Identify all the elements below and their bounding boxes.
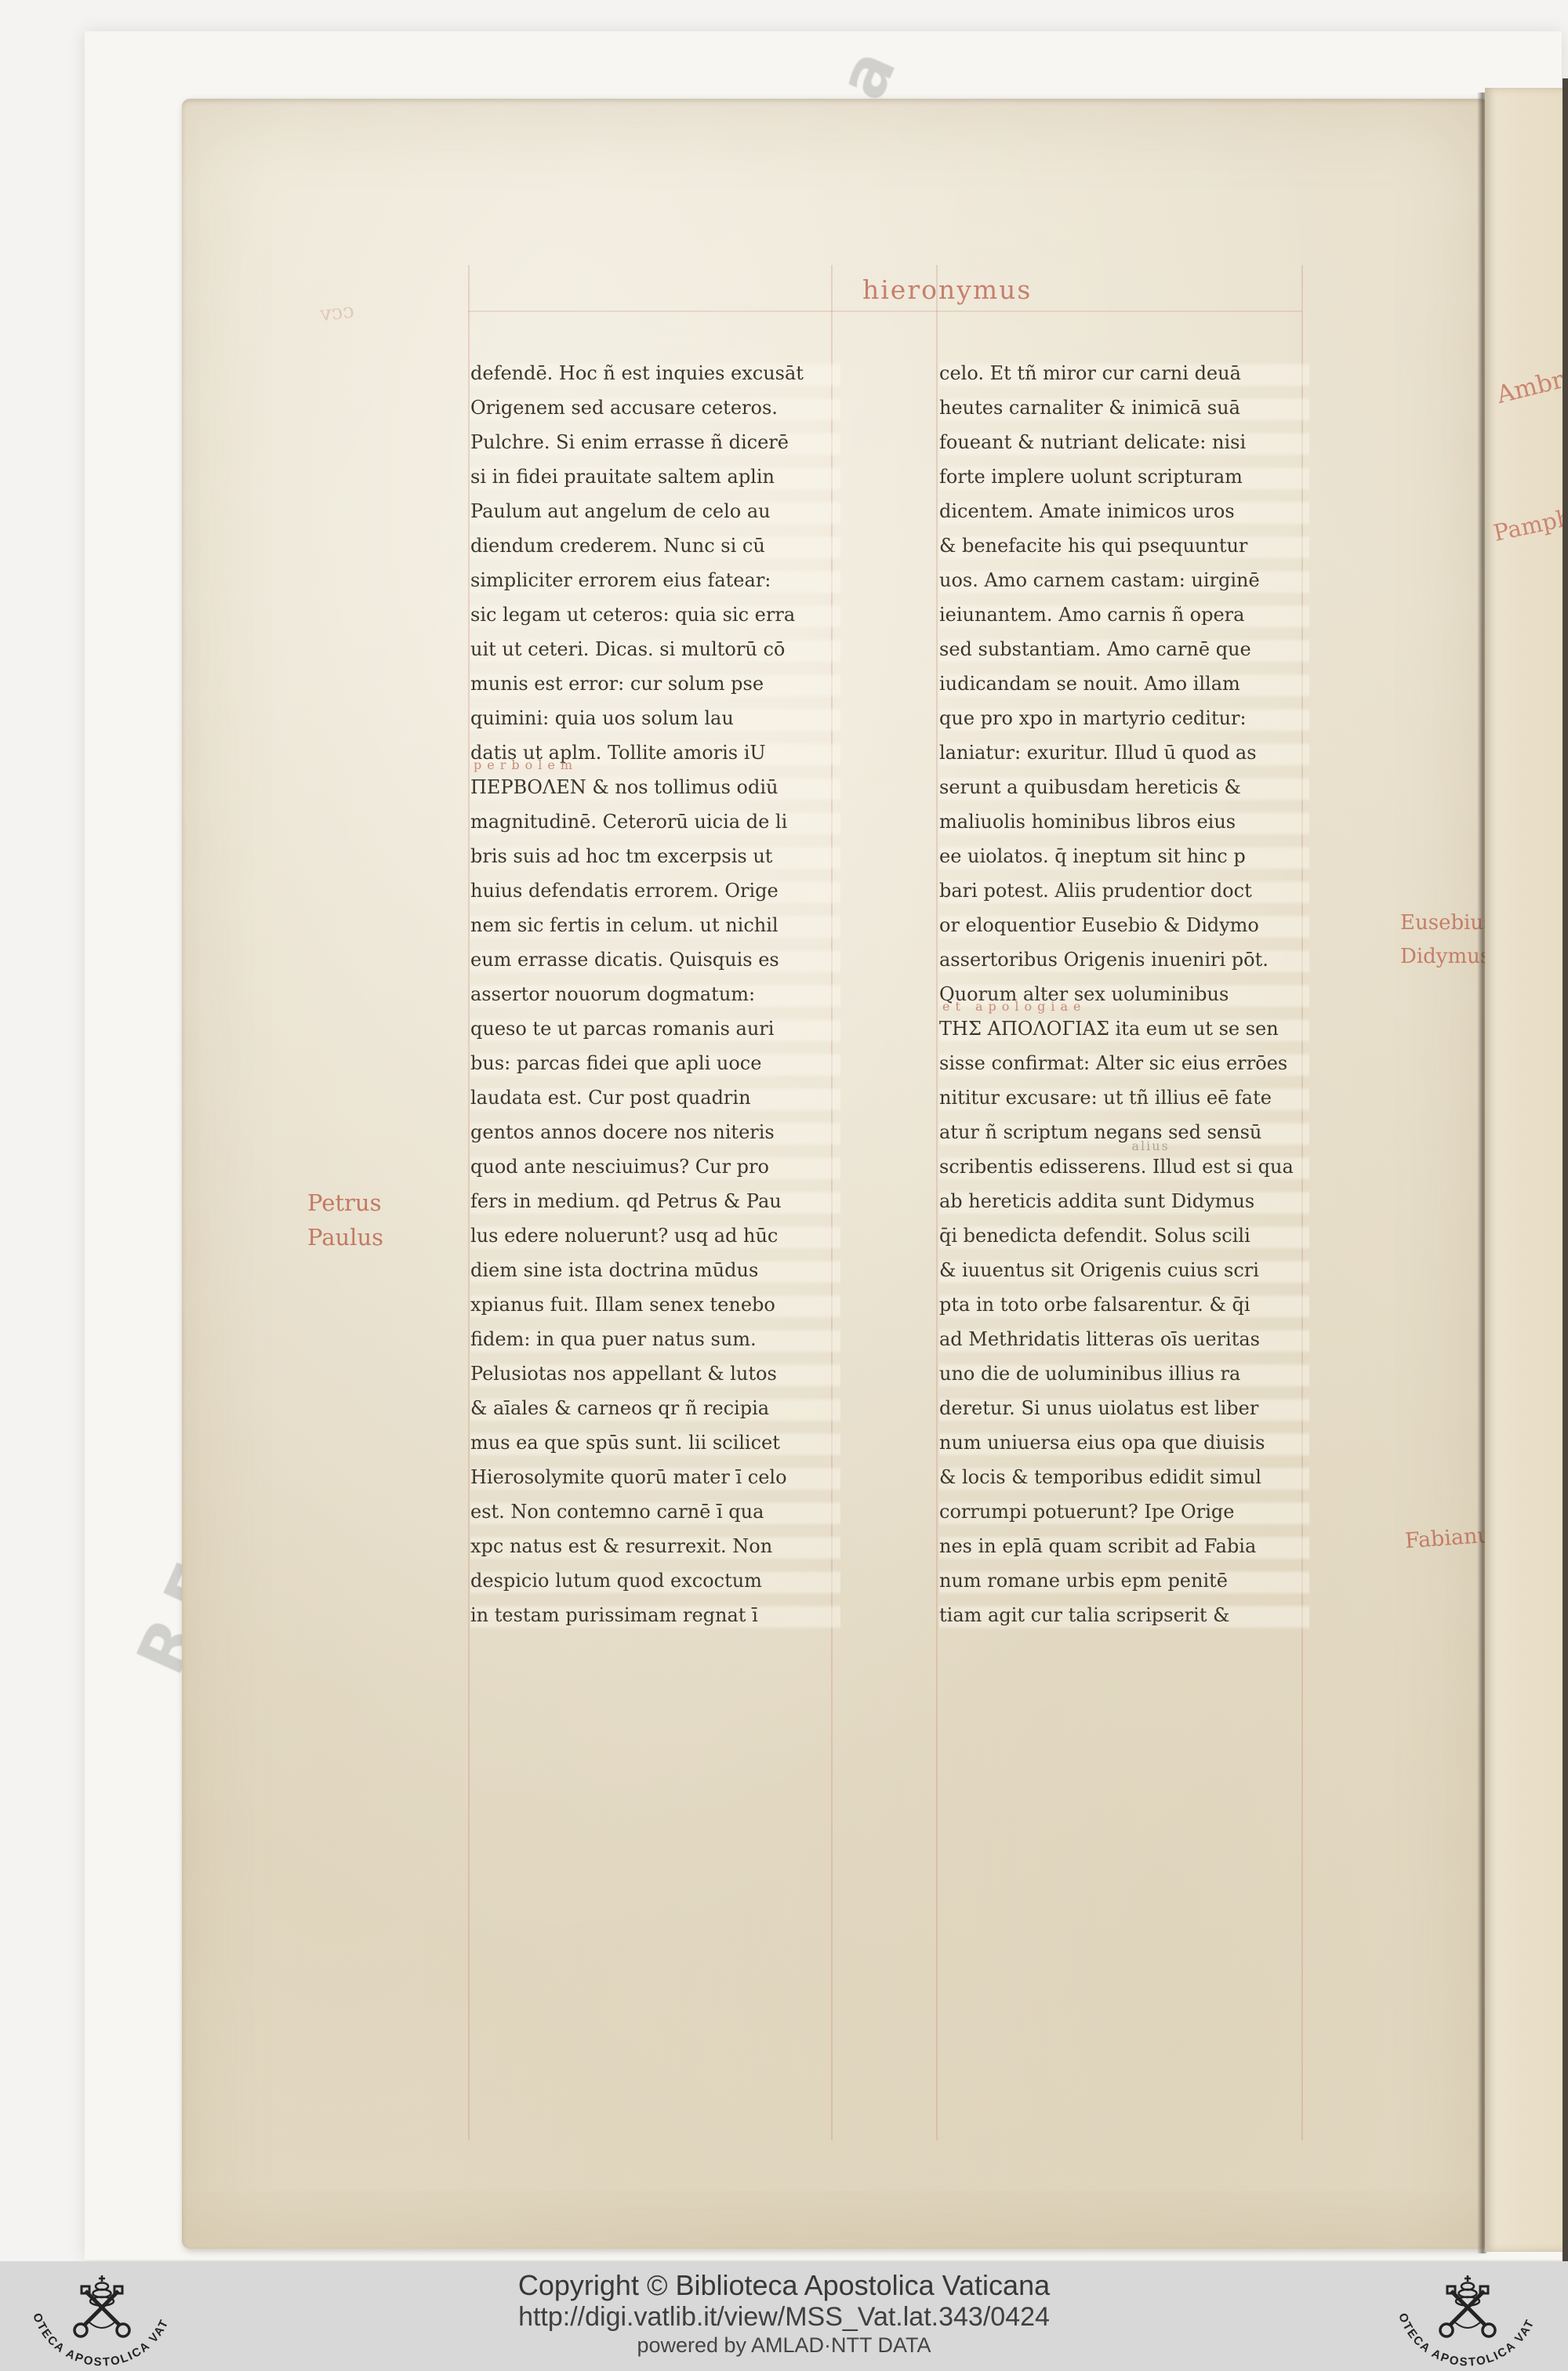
manuscript-line: in testam purissimam regnat ī bbox=[470, 1598, 840, 1632]
digitized-manuscript-page: RESERVED © Biblioteca Apostolica Vatican… bbox=[0, 0, 1568, 2371]
manuscript-line: ee uiolatos. q̄ ineptum sit hinc p bbox=[939, 839, 1309, 873]
manuscript-line: xpc natus est & resurrexit. Non bbox=[470, 1529, 840, 1563]
manuscript-line: queso te ut parcas romanis auri bbox=[470, 1011, 840, 1046]
vatican-library-logo: BIBLIOTECA APOSTOLICA VATICANA bbox=[1389, 2269, 1546, 2366]
manuscript-line: & locis & temporibus edidit simul bbox=[939, 1460, 1309, 1494]
manuscript-line: ab hereticis addita sunt Didymus bbox=[939, 1184, 1309, 1218]
manuscript-line: quod ante nesciuimus? Cur pro bbox=[470, 1149, 840, 1184]
manuscript-line: uno die de uoluminibus illius ra bbox=[939, 1356, 1309, 1391]
header-ruling-line bbox=[468, 310, 1302, 312]
manuscript-line: laudata est. Cur post quadrin bbox=[470, 1080, 840, 1115]
manuscript-line: laniatur: exuritur. Illud ū quod as bbox=[939, 735, 1309, 770]
manuscript-line: assertor nouorum dogmatum: bbox=[470, 977, 840, 1011]
text-column-right: celo. Et tñ miror cur carni deuāheutes c… bbox=[939, 356, 1309, 1632]
manuscript-line: simpliciter errorem eius fatear: bbox=[470, 563, 840, 597]
footer-powered-by: powered by AMLAD·NTT DATA bbox=[0, 2333, 1568, 2358]
manuscript-line: iudicandam se nouit. Amo illam bbox=[939, 666, 1309, 701]
manuscript-line: q̄i benedicta defendit. Solus scili bbox=[939, 1218, 1309, 1253]
manuscript-line: aliusscribentis edisserens. Illud est si… bbox=[939, 1149, 1309, 1184]
manuscript-line: dicentem. Amate inimicos uros bbox=[939, 494, 1309, 528]
manuscript-line: bris suis ad hoc tm excerpsis ut bbox=[470, 839, 840, 873]
manuscript-line: munis est error: cur solum pse bbox=[470, 666, 840, 701]
manuscript-line: deretur. Si unus uiolatus est liber bbox=[939, 1391, 1309, 1425]
manuscript-line: & iuuentus sit Origenis cuius scri bbox=[939, 1253, 1309, 1287]
manuscript-line: nem sic fertis in celum. ut nichil bbox=[470, 908, 840, 942]
interlinear-gloss: perbolem bbox=[474, 759, 578, 772]
manuscript-line: Pelusiotas nos appellant & lutos bbox=[470, 1356, 840, 1391]
manuscript-line: perbolemΠΕΡΒΟΛΕΝ & nos tollimus odiū bbox=[470, 770, 840, 804]
manuscript-line: fidem: in qua puer natus sum. bbox=[470, 1322, 840, 1356]
manuscript-line: huius defendatis errorem. Orige bbox=[470, 873, 840, 908]
manuscript-line: corrumpi potuerunt? Ipe Orige bbox=[939, 1494, 1309, 1529]
manuscript-line: num romane urbis epm penitē bbox=[939, 1563, 1309, 1598]
manuscript-line: Paulum aut angelum de celo au bbox=[470, 494, 840, 528]
manuscript-line: ieiunantem. Amo carnis ñ opera bbox=[939, 597, 1309, 632]
footer-copyright: Copyright © Biblioteca Apostolica Vatica… bbox=[0, 2269, 1568, 2302]
crossed-keys-tiara-emblem bbox=[74, 2275, 129, 2337]
manuscript-line: gentos annos docere nos niteris bbox=[470, 1115, 840, 1149]
manuscript-line: despicio lutum quod excoctum bbox=[470, 1563, 840, 1598]
manuscript-line: si in fidei prauitate saltem aplin bbox=[470, 459, 840, 494]
manuscript-line: celo. Et tñ miror cur carni deuā bbox=[939, 356, 1309, 390]
manuscript-line: diendum crederem. Nunc si cū bbox=[470, 528, 840, 563]
manuscript-line: ad Methridatis litteras oīs ueritas bbox=[939, 1322, 1309, 1356]
interlinear-gloss: et apologiae bbox=[942, 1000, 1087, 1013]
marginal-paulus: Paulus bbox=[307, 1220, 383, 1254]
manuscript-line: & aīales & carneos qr ñ recipia bbox=[470, 1391, 840, 1425]
manuscript-line: bus: parcas fidei que apli uoce bbox=[470, 1046, 840, 1080]
manuscript-line: eum errasse dicatis. Quisquis es bbox=[470, 942, 840, 977]
manuscript-line: foueant & nutriant delicate: nisi bbox=[939, 425, 1309, 459]
text-column-left: defendē. Hoc ñ est inquies excusātOrigen… bbox=[470, 356, 840, 1632]
manuscript-line: xpianus fuit. Illam senex tenebo bbox=[470, 1287, 840, 1322]
manuscript-line: assertoribus Origenis inueniri pōt. bbox=[939, 942, 1309, 977]
manuscript-line: or eloquentior Eusebio & Didymo bbox=[939, 908, 1309, 942]
next-page-rubric-ambrosius: Ambros bbox=[1494, 359, 1563, 409]
manuscript-line: forte implere uolunt scripturam bbox=[939, 459, 1309, 494]
crossed-keys-tiara-emblem bbox=[1440, 2275, 1495, 2337]
manuscript-line: Origenem sed accusare ceteros. bbox=[470, 390, 840, 425]
manuscript-line: nititur excusare: ut tñ illius eē fate bbox=[939, 1080, 1309, 1115]
manuscript-line: maliuolis hominibus libros eius bbox=[939, 804, 1309, 839]
manuscript-line: quimini: quia uos solum lau bbox=[470, 701, 840, 735]
vatican-library-logo: BIBLIOTECA APOSTOLICA VATICANA bbox=[24, 2269, 180, 2366]
manuscript-line: tiam agit cur talia scripserit & bbox=[939, 1598, 1309, 1632]
marginal-petrus: Petrus bbox=[307, 1185, 383, 1220]
interlinear-gloss: alius bbox=[1131, 1140, 1169, 1153]
manuscript-line: mus ea que spūs sunt. lii scilicet bbox=[470, 1425, 840, 1460]
book-edge bbox=[1563, 78, 1568, 2261]
manuscript-line: & benefacite his qui psequuntur bbox=[939, 528, 1309, 563]
manuscript-line: uos. Amo carnem castam: uirginē bbox=[939, 563, 1309, 597]
manuscript-line: sic legam ut ceteros: quia sic erra bbox=[470, 597, 840, 632]
manuscript-line: Pulchre. Si enim errasse ñ dicerē bbox=[470, 425, 840, 459]
manuscript-line: est. Non contemno carnē ī qua bbox=[470, 1494, 840, 1529]
column-ruling-line bbox=[936, 265, 938, 2140]
manuscript-line: et apologiaeΤΗΣ ΑΠΟΛΟΓΙΑΣ ita eum ut se … bbox=[939, 1011, 1309, 1046]
manuscript-line: heutes carnaliter & inimicā suā bbox=[939, 390, 1309, 425]
manuscript-line: fers in medium. qd Petrus & Pau bbox=[470, 1184, 840, 1218]
parchment-page: hieronymus ccv defendē. Hoc ñ est inquie… bbox=[182, 99, 1485, 2249]
folio-number-showthrough: ccv bbox=[319, 300, 356, 326]
manuscript-line: magnitudinē. Ceterorū uicia de li bbox=[470, 804, 840, 839]
manuscript-line: bari potest. Aliis prudentior doct bbox=[939, 873, 1309, 908]
manuscript-line: lus edere noluerunt? usq ad hūc bbox=[470, 1218, 840, 1253]
column-ruling-line bbox=[468, 265, 470, 2140]
manuscript-line: nes in eplā quam scribit ad Fabia bbox=[939, 1529, 1309, 1563]
manuscript-line: num uniuersa eius opa que diuisis bbox=[939, 1425, 1309, 1460]
footer-url: http://digi.vatlib.it/view/MSS_Vat.lat.3… bbox=[0, 2302, 1568, 2333]
manuscript-line: diem sine ista doctrina mūdus bbox=[470, 1253, 840, 1287]
manuscript-line: Hierosolymite quorū mater ī celo bbox=[470, 1460, 840, 1494]
running-title: hieronymus bbox=[862, 274, 1032, 305]
manuscript-line: que pro xpo in martyrio ceditur: bbox=[939, 701, 1309, 735]
marginal-rubric-petrus-paulus: Petrus Paulus bbox=[307, 1185, 383, 1254]
footer-bar: Copyright © Biblioteca Apostolica Vatica… bbox=[0, 2261, 1568, 2371]
manuscript-line: pta in toto orbe falsarentur. & q̄i bbox=[939, 1287, 1309, 1322]
next-page-sliver: Ambros Pamphili bbox=[1485, 88, 1563, 2252]
manuscript-line: uit ut ceteri. Dicas. si multorū cō bbox=[470, 632, 840, 666]
manuscript-line: atur ñ scriptum negans sed sensū bbox=[939, 1115, 1309, 1149]
next-page-rubric-pamphilus: Pamphili bbox=[1491, 499, 1563, 546]
manuscript-line: sisse confirmat: Alter sic eius errōes bbox=[939, 1046, 1309, 1080]
manuscript-line: serunt a quibusdam hereticis & bbox=[939, 770, 1309, 804]
manuscript-line: sed substantiam. Amo carnē que bbox=[939, 632, 1309, 666]
manuscript-line: defendē. Hoc ñ est inquies excusāt bbox=[470, 356, 840, 390]
